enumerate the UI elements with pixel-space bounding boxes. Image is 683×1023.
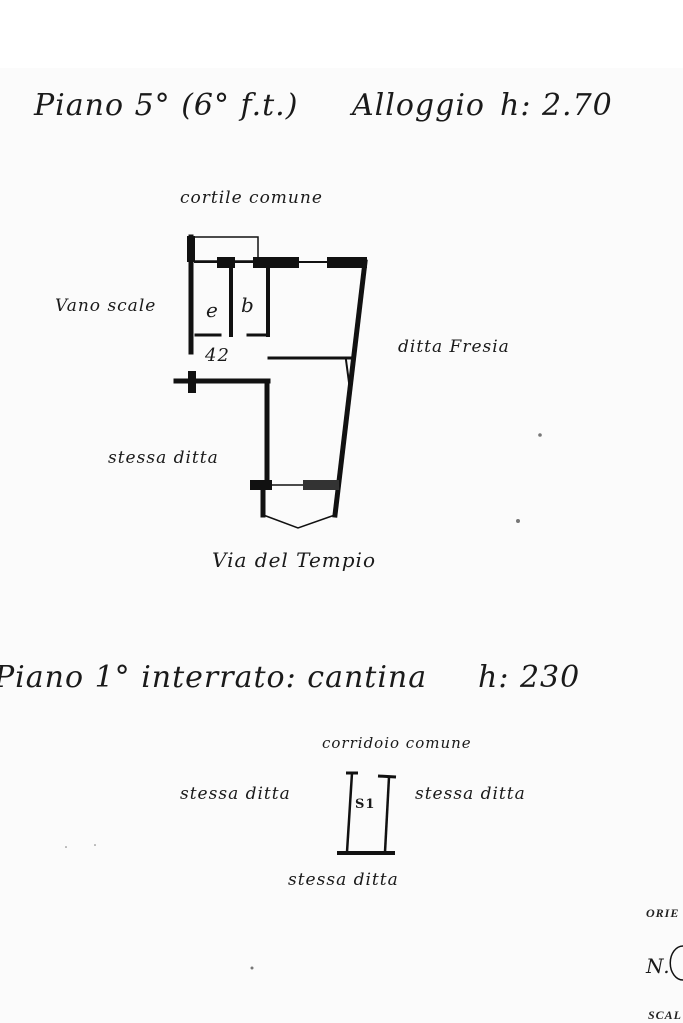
scan-specks [65, 433, 542, 969]
floor-plan-drawing [0, 0, 683, 1023]
lower-floor-plan [337, 773, 396, 853]
upper-floor-plan [176, 236, 367, 528]
compass-fragment [670, 946, 683, 980]
